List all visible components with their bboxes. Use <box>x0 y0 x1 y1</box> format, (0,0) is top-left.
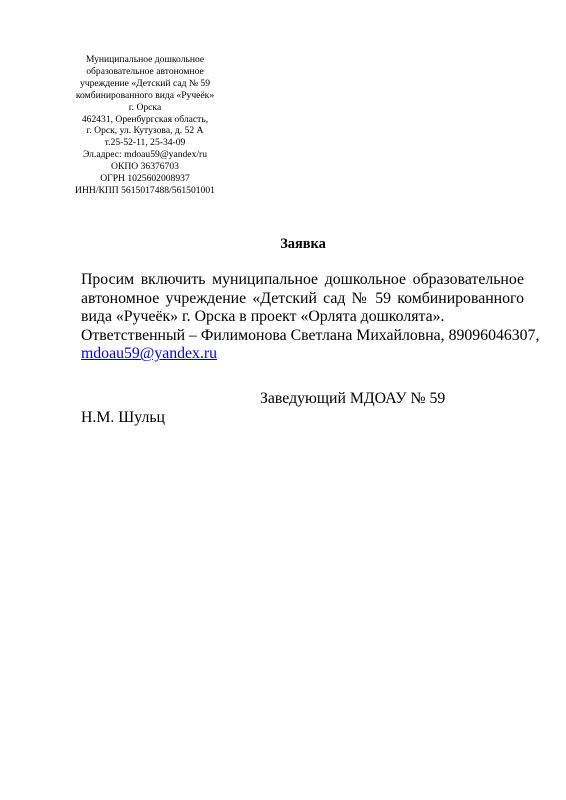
body-line-1: Просим включить муниципальное дошкольное… <box>81 271 524 290</box>
body-line-email: mdoau59@yandex.ru <box>81 345 524 364</box>
letterhead-line-okpo: ОКПО 36376703 <box>62 161 228 173</box>
letterhead-line-org-name-2: образовательное автономное <box>62 66 228 78</box>
letterhead-line-city: г. Орска <box>62 102 228 114</box>
letterhead-line-phone: т.25-52-11, 25-34-09 <box>62 137 228 149</box>
letterhead-line-ogrn: ОГРН 1025602008937 <box>62 173 228 185</box>
letterhead-line-address-1: 462431, Оренбургская область, <box>62 114 228 126</box>
body-line-3: вида «Ручеёк» г. Орска в проект «Орлята … <box>81 308 524 327</box>
letterhead-line-org-name-4: комбинированного вида «Ручеёк» <box>62 90 228 102</box>
body-line-responsible: Ответственный – Филимонова Светлана Миха… <box>81 327 524 346</box>
body-line-2: автономное учреждение «Детский сад № 59 … <box>81 290 524 309</box>
letterhead-line-org-name-3: учреждение «Детский сад № 59 <box>62 78 228 90</box>
organization-letterhead: Муниципальное дошкольное образовательное… <box>62 54 228 197</box>
document-title: Заявка <box>0 236 566 253</box>
email-link[interactable]: mdoau59@yandex.ru <box>81 345 217 362</box>
letterhead-line-org-name-1: Муниципальное дошкольное <box>62 54 228 66</box>
letterhead-line-email: Эл.адрес: mdoau59@yandex/ru <box>62 149 228 161</box>
signature-position: Заведующий МДОАУ № 59 <box>260 390 445 408</box>
letterhead-line-inn-kpp: ИНН/КПП 5615017488/561501001 <box>62 185 228 197</box>
request-body: Просим включить муниципальное дошкольное… <box>81 271 524 364</box>
letterhead-line-address-2: г. Орск, ул. Кутузова, д. 52 А <box>62 125 228 137</box>
signature-name: Н.М. Шульц <box>81 409 165 427</box>
